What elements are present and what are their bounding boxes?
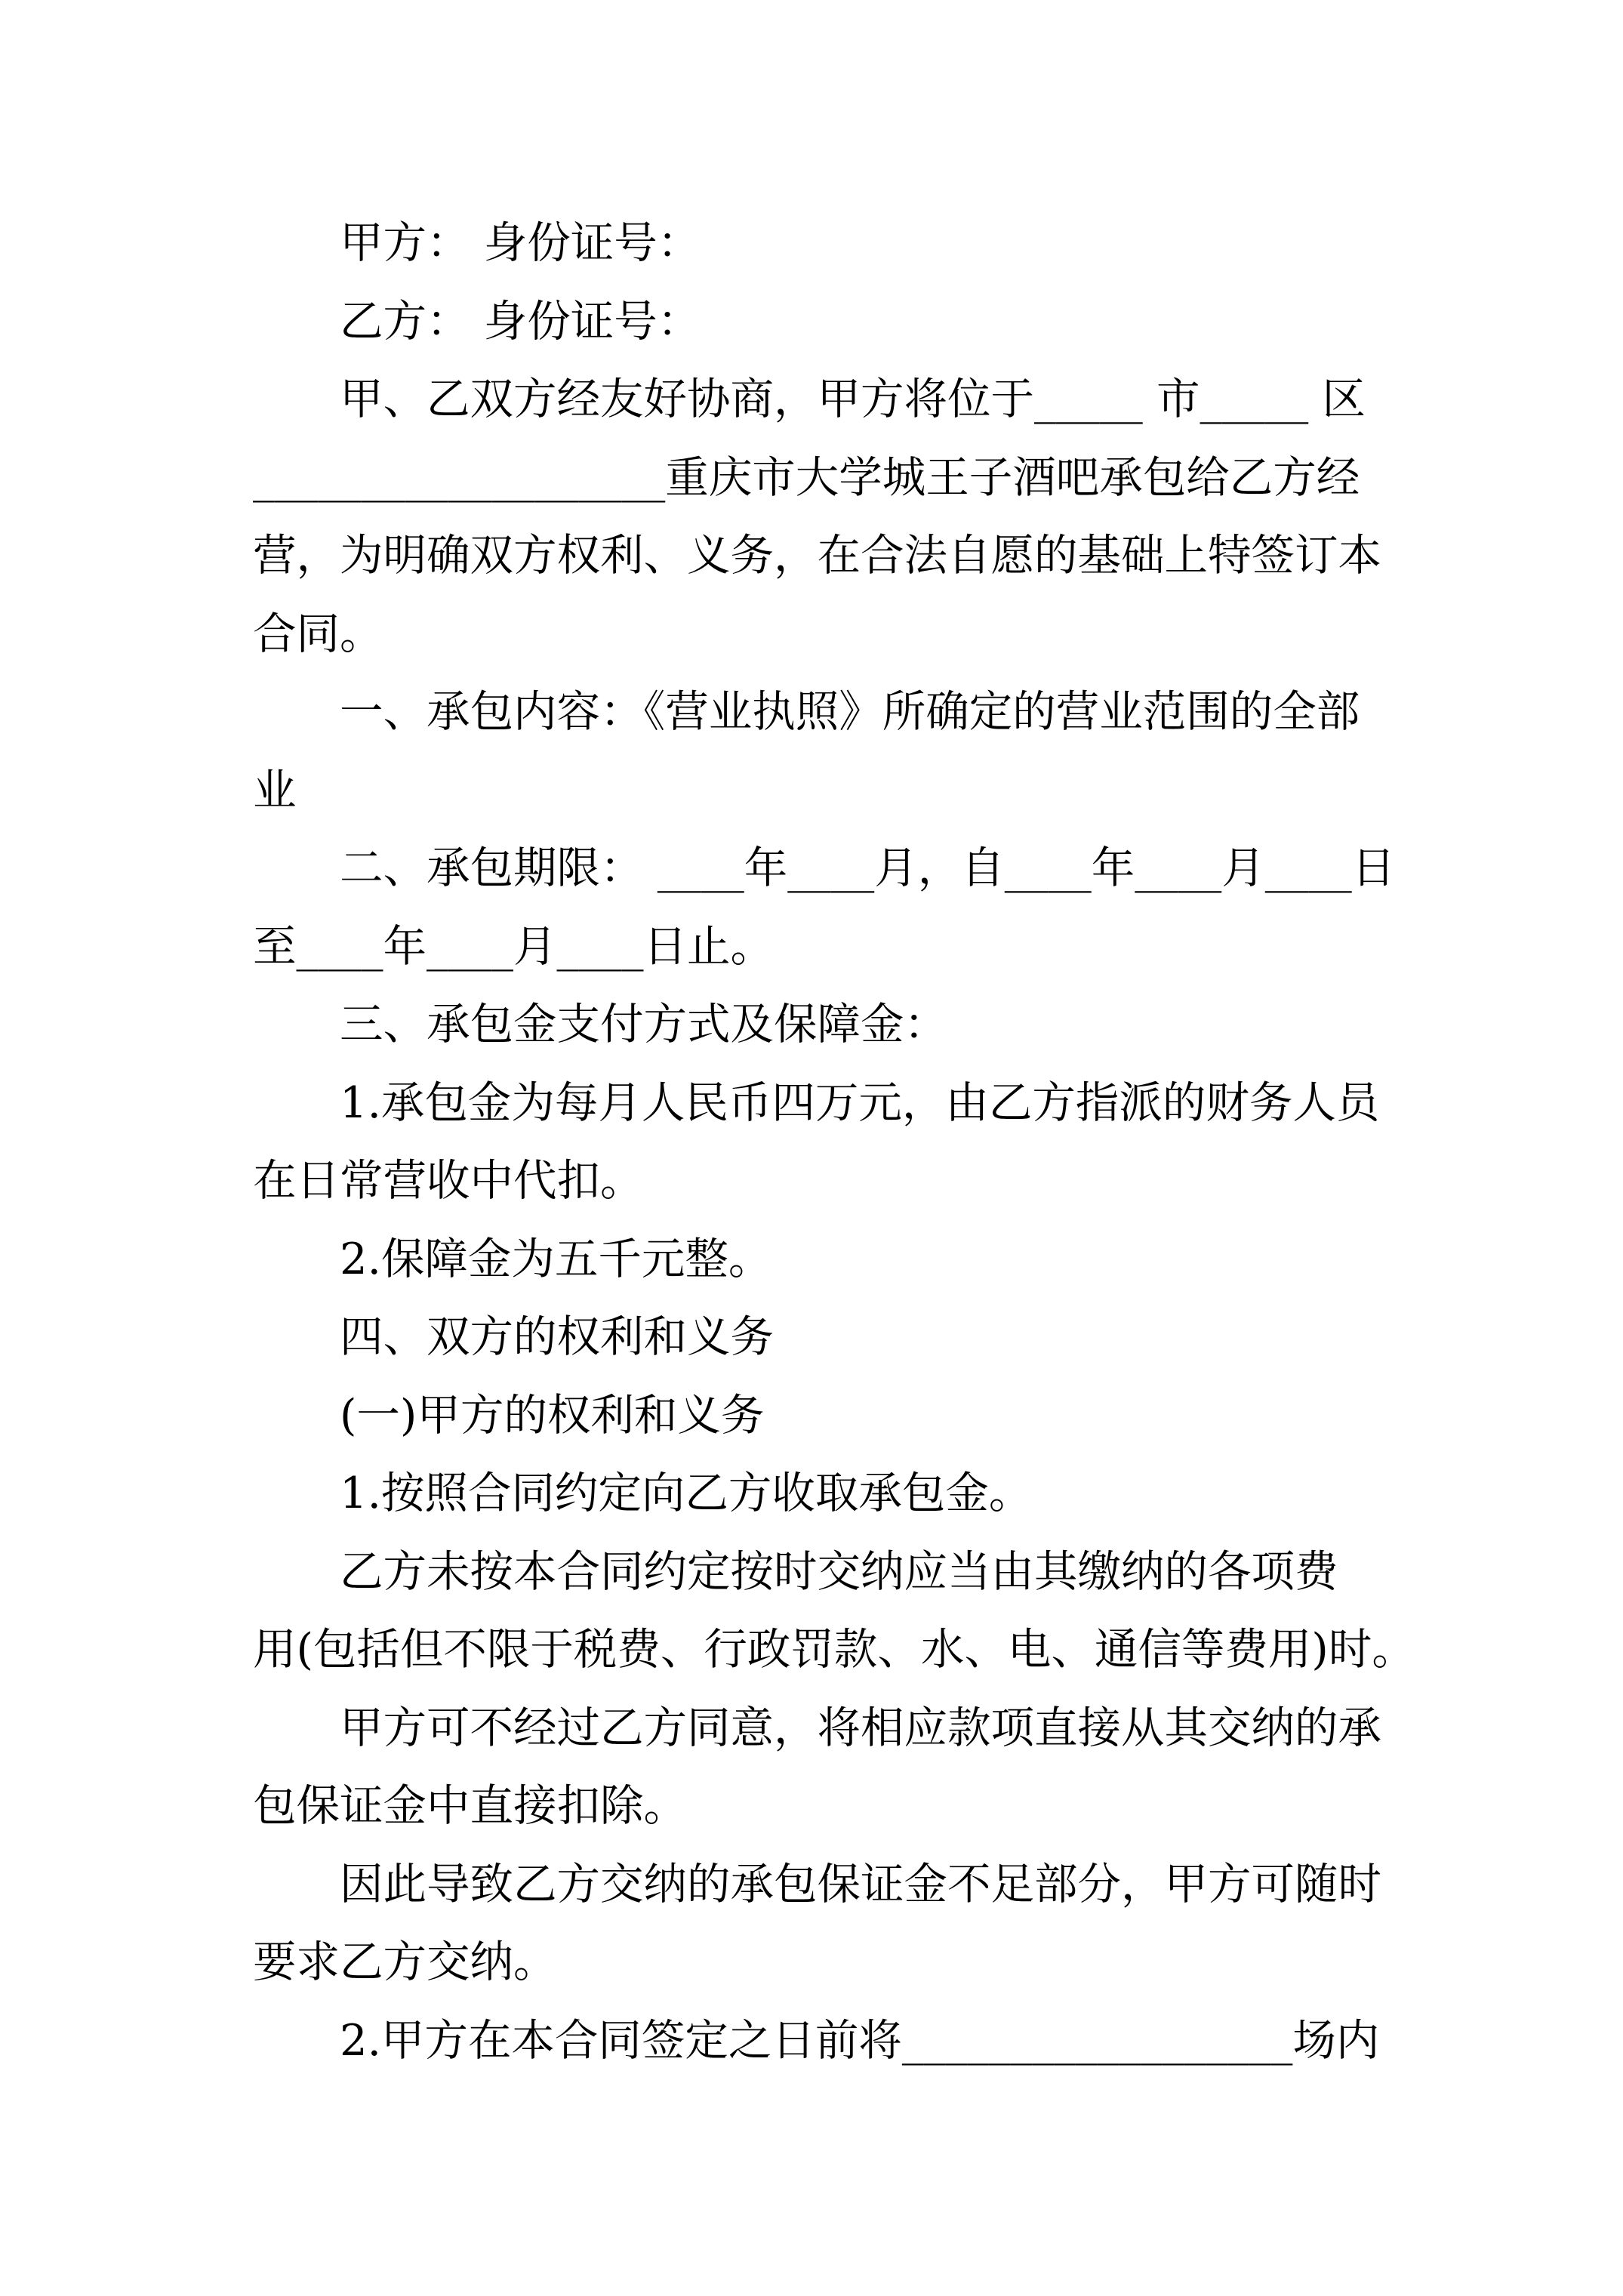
contract-line: 2.保障金为五千元整。 — [253, 1220, 1385, 1299]
contract-line: 甲方可不经过乙方同意，将相应款项直接从其交纳的承 — [253, 1689, 1385, 1767]
contract-line: 营，为明确双方权利、义务，在合法自愿的基础上特签订本 — [253, 516, 1385, 595]
contract-line: 至____年____月____日止。 — [253, 908, 1385, 986]
contract-line: 要求乙方交纳。 — [253, 1923, 1385, 2002]
contract-line: 合同。 — [253, 595, 1385, 673]
contract-line: 1.承包金为每月人民币四万元，由乙方指派的财务人员 — [253, 1064, 1385, 1142]
contract-line: 三、承包金支付方式及保障金： — [253, 985, 1385, 1064]
contract-line: 二、承包期限： ____年____月，自____年____月____日 — [253, 829, 1385, 908]
contract-line: 包保证金中直接扣除。 — [253, 1767, 1385, 1845]
contract-line: 1.按照合同约定向乙方收取承包金。 — [253, 1454, 1385, 1533]
contract-line: 用(包括但不限于税费、行政罚款、水、电、通信等费用)时。 — [253, 1610, 1385, 1689]
contract-line: 业 — [253, 751, 1385, 830]
contract-line: 在日常营收中代扣。 — [253, 1142, 1385, 1220]
contract-line: 四、双方的权利和义务 — [253, 1298, 1385, 1376]
document-page: 甲方： 身份证号： 乙方： 身份证号： 甲、乙双方经友好协商，甲方将位于____… — [0, 0, 1623, 2296]
contract-line: 因此导致乙方交纳的承包保证金不足部分，甲方可随时 — [253, 1845, 1385, 1924]
contract-line: (一)甲方的权利和义务 — [253, 1376, 1385, 1455]
contract-line: 甲方： 身份证号： — [253, 204, 1385, 282]
contract-line: 2.甲方在本合同签定之日前将__________________场内 — [253, 2002, 1385, 2080]
contract-line: 甲、乙双方经友好协商，甲方将位于_____ 市_____ 区 — [253, 360, 1385, 439]
contract-body: 甲方： 身份证号： 乙方： 身份证号： 甲、乙双方经友好协商，甲方将位于____… — [253, 204, 1385, 2079]
contract-line: 乙方： 身份证号： — [253, 282, 1385, 361]
contract-line: 乙方未按本合同约定按时交纳应当由其缴纳的各项费 — [253, 1533, 1385, 1611]
contract-line: ___________________重庆市大学城王子酒吧承包给乙方经 — [253, 439, 1385, 517]
contract-line: 一、承包内容：《营业执照》所确定的营业范围的全部 — [253, 673, 1385, 751]
